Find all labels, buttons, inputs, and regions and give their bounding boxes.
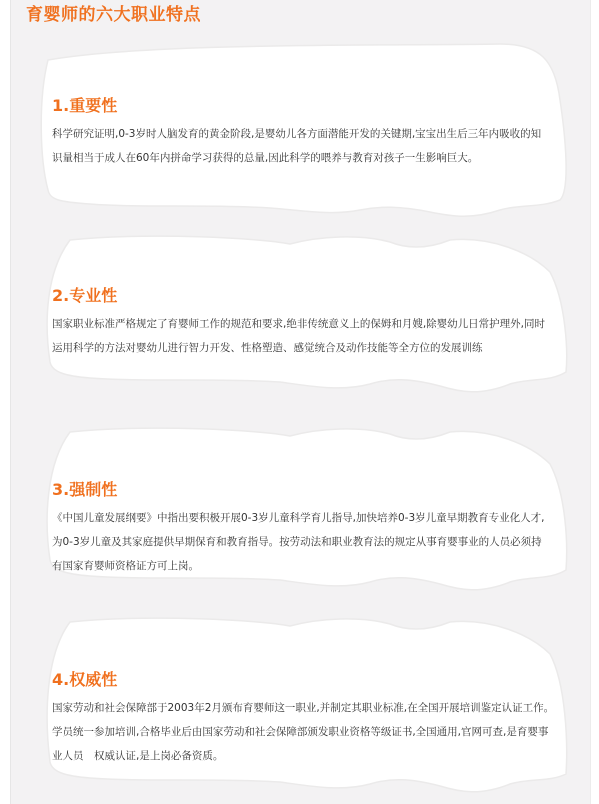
right-margin: [590, 0, 599, 804]
section-text-line: 《中国儿童发展纲要》中指出要积极开展0-3岁儿童科学育儿指导,加快培养0-3岁儿…: [52, 506, 552, 530]
section-text-line: 业人员 权威认证,是上岗必备资质。: [52, 744, 552, 768]
section-card-importance: 1.重要性 科学研究证明,0-3岁时人脑发育的黄金阶段,是婴幼儿各方面潜能开发的…: [30, 40, 572, 220]
section-text-line: 国家职业标准严格规定了育婴师工作的规范和要求,绝非传统意义上的保姆和月嫂,除婴幼…: [52, 312, 552, 336]
section-card-authority: 4.权威性 国家劳动和社会保障部于2003年2月颁布育婴师这一职业,并制定其职业…: [30, 614, 572, 800]
section-heading: 2.专业性: [52, 286, 552, 306]
section-heading: 4.权威性: [52, 670, 552, 690]
section-heading: 3.强制性: [52, 480, 552, 500]
section-text-line: 科学研究证明,0-3岁时人脑发育的黄金阶段,是婴幼儿各方面潜能开发的关键期,宝宝…: [52, 122, 552, 146]
section-text-line: 运用科学的方法对婴幼儿进行智力开发、性格塑造、感觉统合及动作技能等全方位的发展训…: [52, 336, 552, 360]
left-margin: [0, 0, 11, 804]
section-text-line: 识量相当于成人在60年内拼命学习获得的总量,因此科学的喂养与教育对孩子一生影响巨…: [52, 146, 552, 170]
section-text-line: 学员统一参加培训,合格毕业后由国家劳动和社会保障部颁发职业资格等级证书,全国通用…: [52, 720, 552, 744]
section-card-professionalism: 2.专业性 国家职业标准严格规定了育婴师工作的规范和要求,绝非传统意义上的保姆和…: [30, 232, 572, 404]
section-heading: 1.重要性: [52, 96, 552, 116]
page-title: 育婴师的六大职业特点: [26, 4, 201, 26]
section-text-line: 国家劳动和社会保障部于2003年2月颁布育婴师这一职业,并制定其职业标准,在全国…: [52, 696, 552, 720]
section-text-line: 有国家育婴师资格证方可上岗。: [52, 554, 552, 578]
section-text-line: 为0-3岁儿童及其家庭提供早期保育和教育指导。按劳动法和职业教育法的规定从事育婴…: [52, 530, 552, 554]
section-card-mandatory: 3.强制性 《中国儿童发展纲要》中指出要积极开展0-3岁儿童科学育儿指导,加快培…: [30, 424, 572, 604]
